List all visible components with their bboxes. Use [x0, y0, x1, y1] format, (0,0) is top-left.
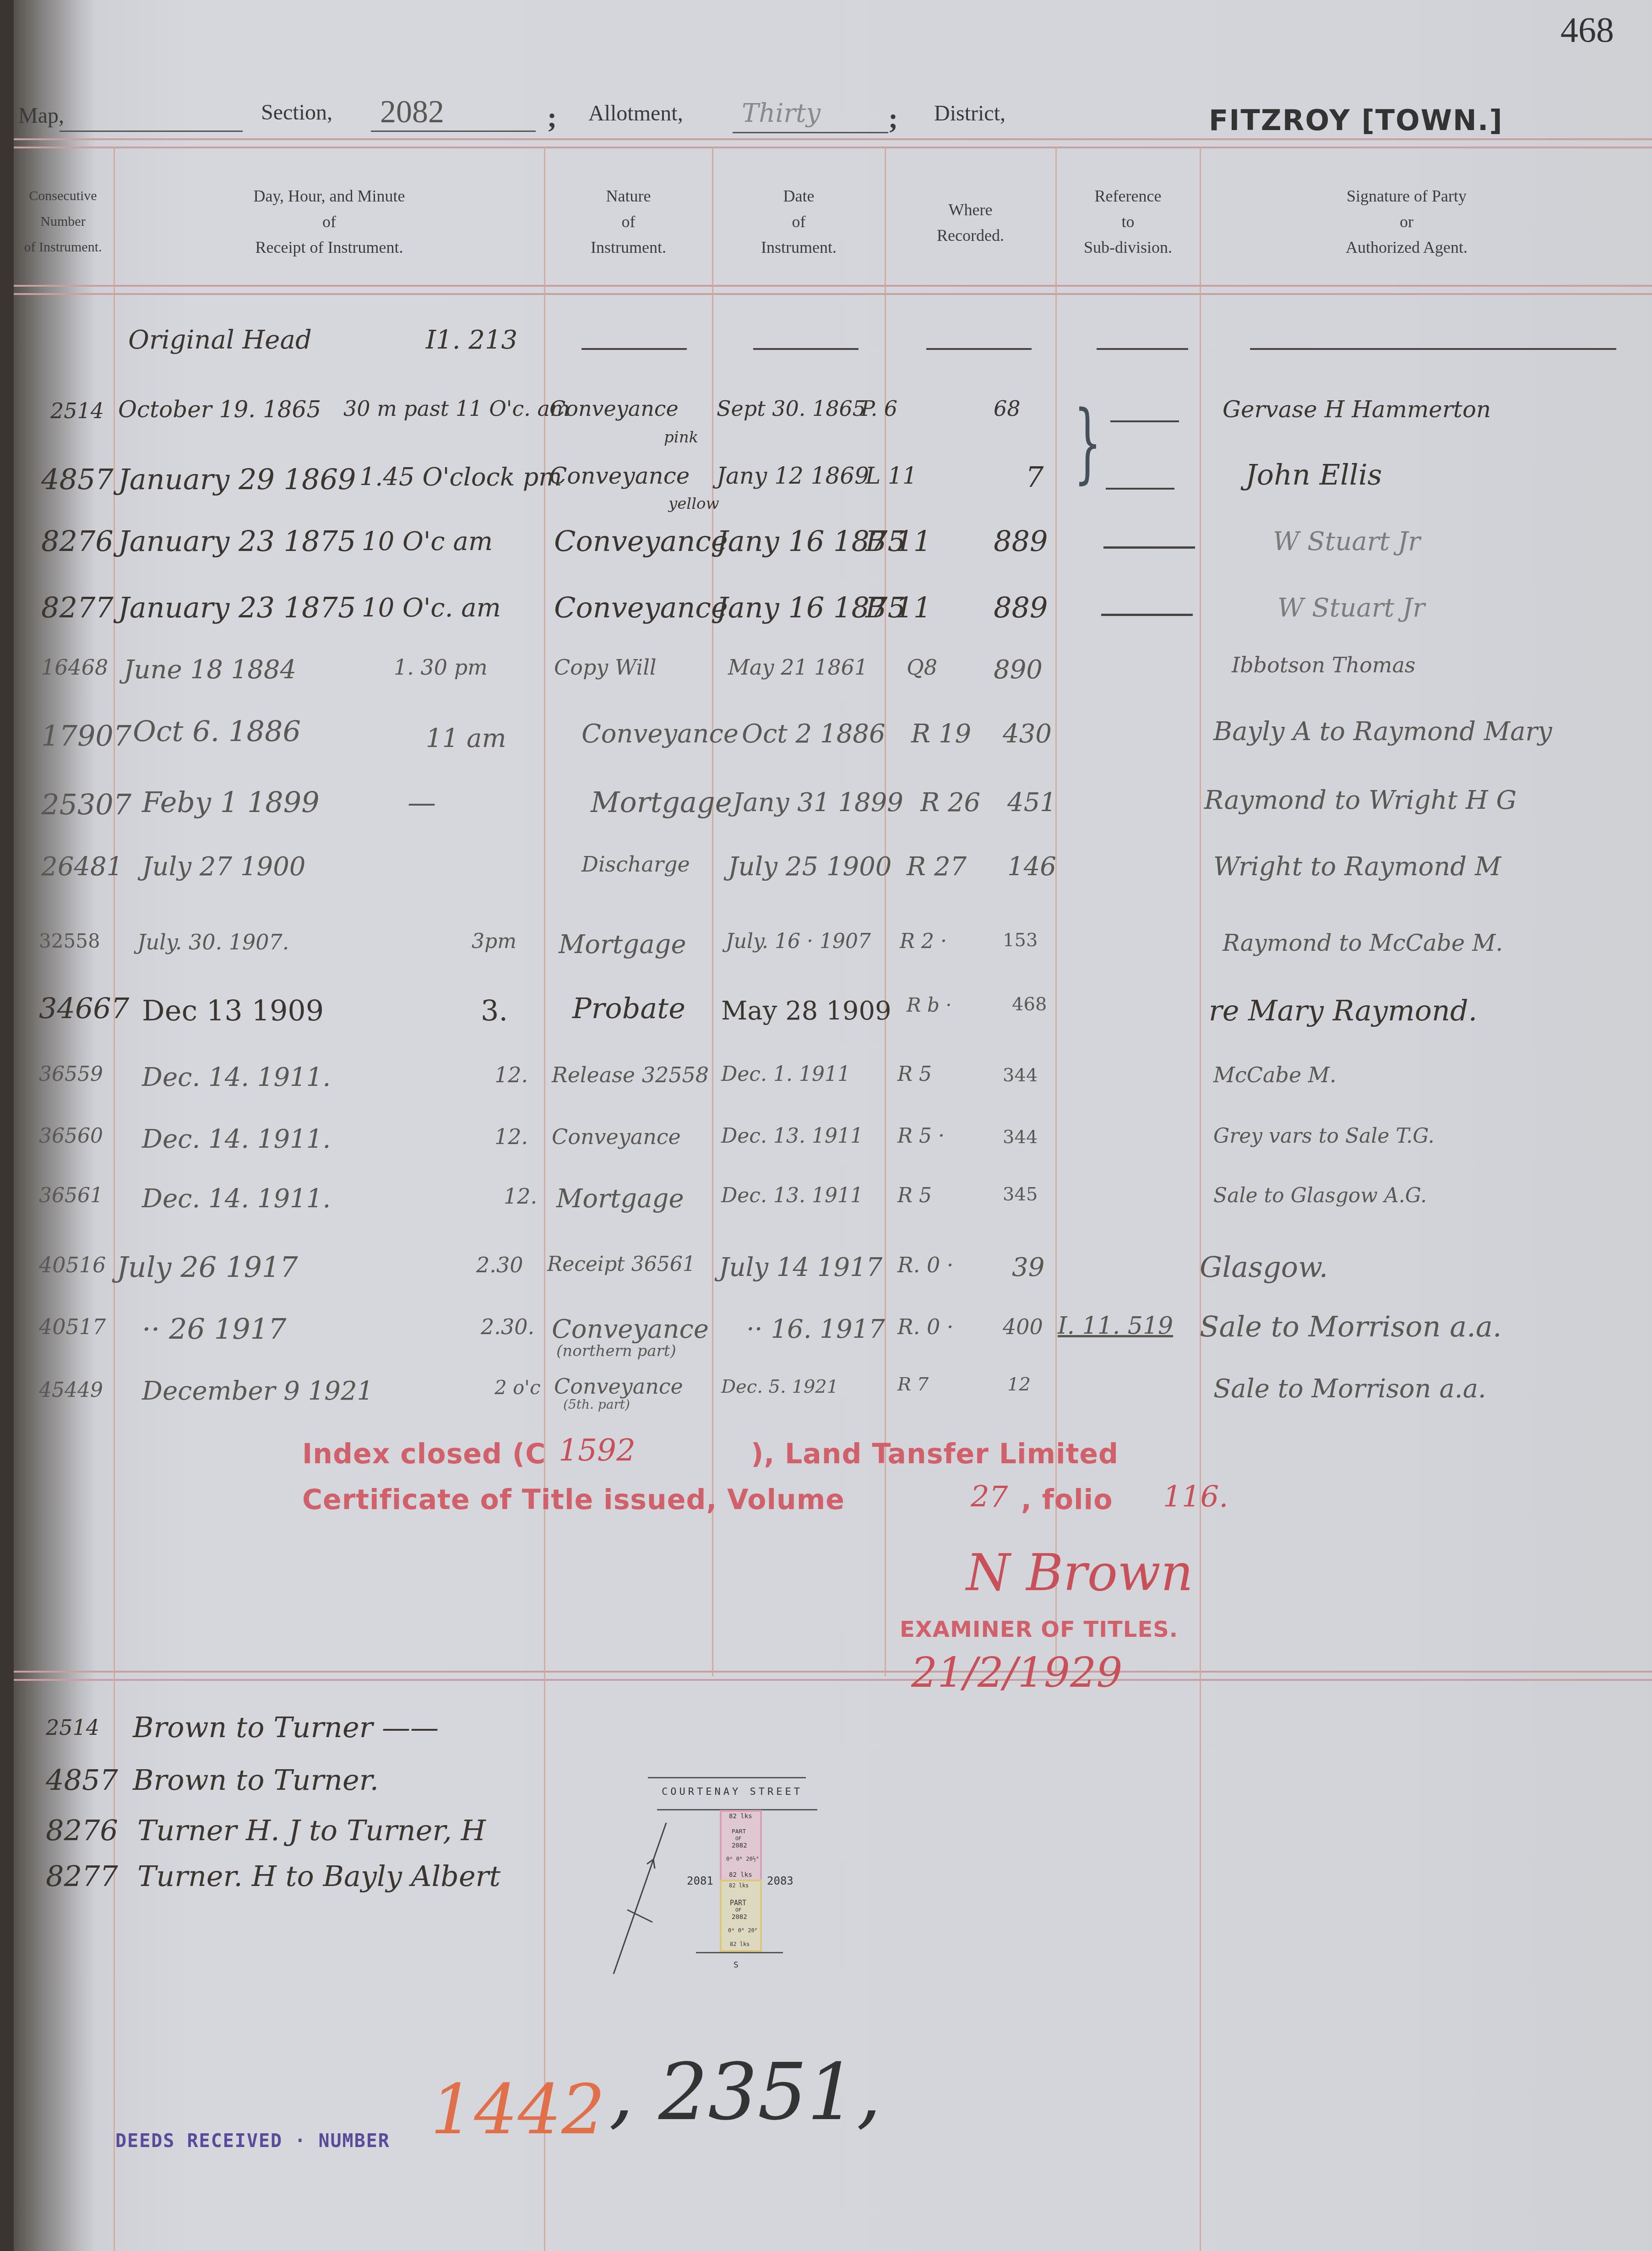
entry-where: B 11 — [865, 524, 931, 558]
entry-number: 8276 — [41, 524, 114, 558]
original-heading-ref: I1. 213 — [426, 325, 517, 355]
entry-date: Sept 30. 1865 — [717, 396, 866, 421]
entry-received: July 26 1917 — [117, 1250, 298, 1284]
south-marker: S — [734, 1960, 739, 1970]
entry-nature: Conveyance — [554, 1374, 683, 1399]
entry-party: Sale to Morrison a.a. — [1213, 1374, 1486, 1404]
entry-where: R 2 · — [900, 930, 947, 953]
entry-where: R 19 — [911, 719, 971, 749]
entry-note: yellow — [668, 495, 719, 513]
entry-received: ·· 26 1917 — [142, 1312, 287, 1346]
entry-number: 36559 — [39, 1063, 103, 1086]
entry-received: Dec 13 1909 — [142, 994, 324, 1027]
memorial-number: 2514 — [46, 1715, 99, 1740]
district-value: FITZROY [TOWN.] — [1209, 104, 1503, 137]
entry-date: Oct 2 1886 — [742, 719, 886, 749]
entry-where: B 11 — [865, 591, 931, 624]
page-number: 468 — [1560, 9, 1614, 50]
entry-folio: 345 — [1003, 1184, 1038, 1205]
entry-number: 40516 — [39, 1253, 106, 1277]
stamp-line2-prefix: Certificate of Title issued, Volume — [302, 1484, 845, 1516]
entry-received: Oct 6. 1886 — [133, 714, 301, 748]
entry-party: W Stuart Jr — [1277, 593, 1425, 623]
entry-time: 12. — [504, 1184, 537, 1209]
adjacent-section-right: 2083 — [767, 1875, 793, 1887]
entry-party: re Mary Raymond. — [1209, 994, 1477, 1027]
entry-folio: 430 — [1003, 719, 1052, 749]
allotment-label: Allotment, — [588, 101, 683, 126]
entry-where: R 5 — [897, 1063, 932, 1086]
entry-time: 3pm — [472, 930, 516, 953]
entry-nature: Copy Will — [554, 655, 657, 680]
entry-number: 36560 — [39, 1124, 103, 1148]
entry-party: Bayly A to Raymond Mary — [1213, 717, 1552, 747]
entry-where: R 5 · — [897, 1124, 945, 1148]
stamp-volume: 27 — [971, 1480, 1008, 1514]
entry-time: 11 am — [426, 724, 506, 753]
entry-folio: 468 — [1012, 994, 1047, 1015]
entry-note: pink — [664, 428, 698, 447]
map-label: Map, — [18, 103, 64, 128]
entry-folio: 400 — [1003, 1314, 1043, 1339]
memorial-text: Brown to Turner. — [133, 1763, 379, 1797]
header-rule — [14, 138, 1652, 148]
entry-where: P. 6 — [861, 396, 897, 421]
entry-number: 2514 — [50, 398, 104, 423]
entry-time: 12. — [495, 1124, 528, 1149]
lot-top: 82 lks PART OF 2082 0ᴬ 0ᴿ 20½ᴾ 82 lks — [720, 1810, 762, 1883]
entry-time: 10 O'c am — [362, 527, 493, 556]
section-label: Section, — [261, 100, 332, 125]
entry-nature: Conveyance — [549, 396, 679, 421]
stamp-c-number: 1592 — [559, 1433, 636, 1468]
entry-date: May 21 1861 — [728, 655, 868, 680]
original-heading-label: Original Head — [128, 325, 312, 355]
rear-boundary-line — [696, 1952, 783, 1953]
entry-time: 2.30 — [476, 1253, 523, 1277]
memorial-text: Turner. H to Bayly Albert — [137, 1859, 500, 1893]
entry-received: October 19. 1865 — [118, 396, 321, 423]
entry-number: 4857 — [41, 463, 114, 496]
entry-party: Ibbotson Thomas — [1232, 653, 1415, 677]
entry-folio: 12 — [1007, 1374, 1031, 1395]
entry-nature: Conveyance — [554, 591, 728, 624]
entry-date: Jany 12 1869 — [717, 463, 869, 489]
entry-party: Wright to Raymond M — [1213, 852, 1501, 882]
memorial-number: 8277 — [46, 1859, 118, 1893]
entry-nature: Conveyance — [552, 1124, 681, 1149]
memorial-number: 8276 — [46, 1814, 118, 1847]
memorial-text: Turner H. J to Turner, H — [137, 1814, 486, 1847]
district-label: District, — [934, 101, 1005, 126]
entry-where: R 27 — [907, 852, 967, 882]
entry-party: McCabe M. — [1213, 1063, 1337, 1087]
street-line — [648, 1777, 806, 1778]
col-header-receipt: Day, Hour, and MinuteofReceipt of Instru… — [114, 183, 544, 260]
stamp-line2-mid: , folio — [1021, 1484, 1113, 1516]
entry-nature: Mortgage — [559, 930, 686, 959]
entry-number: 45449 — [39, 1379, 103, 1402]
entry-nature: Release 32558 — [552, 1063, 709, 1087]
entry-nature: Conveyance — [549, 463, 690, 489]
examiner-date: 21/2/1929 — [911, 1649, 1122, 1697]
entry-received: January 23 1875 — [118, 524, 356, 558]
entry-date: Dec. 5. 1921 — [721, 1376, 838, 1397]
entry-time: 12. — [495, 1063, 528, 1087]
adjacent-section-left: 2081 — [687, 1875, 713, 1887]
street-label: COURTENAY STREET — [662, 1786, 803, 1798]
entry-number: 26481 — [41, 852, 123, 882]
lower-section-rule — [14, 1671, 1652, 1681]
column-rule — [712, 147, 713, 1676]
entry-received: January 29 1869 — [118, 463, 356, 496]
entry-folio: 39 — [1012, 1253, 1044, 1282]
north-arrow-icon — [611, 1820, 671, 1976]
map-field-line — [60, 131, 243, 132]
entry-folio: 889 — [994, 591, 1048, 624]
entry-where: L 11 — [865, 463, 917, 489]
entry-note: (northern part) — [556, 1342, 676, 1360]
entry-time: 30 m past 11 O'c. am — [343, 396, 570, 421]
entry-where: R 26 — [920, 788, 980, 818]
entry-nature: Conveyance — [554, 524, 728, 558]
col-header-signature: Signature of PartyorAuthorized Agent. — [1201, 183, 1613, 260]
entry-party: Glasgow. — [1200, 1250, 1328, 1284]
entry-party: Gervase H Hammerton — [1223, 396, 1491, 423]
stamp-line1-prefix: Index closed (C — [302, 1438, 546, 1470]
memorial-number: 4857 — [46, 1763, 118, 1797]
allotment-field-line — [733, 132, 888, 133]
entry-date: July 25 1900 — [728, 852, 891, 882]
ledger-page: 468 Map, Section, 2082 ; Allotment, Thir… — [14, 0, 1652, 2251]
entry-folio: 451 — [1007, 788, 1056, 818]
col-header-reference: ReferencetoSub-division. — [1056, 183, 1200, 260]
stamp-folio: 116. — [1163, 1480, 1228, 1514]
entry-folio: 68 — [994, 396, 1021, 421]
entry-nature: Receipt 36561 — [547, 1253, 696, 1276]
entry-party: Sale to Morrison a.a. — [1200, 1310, 1502, 1343]
entry-received: July. 30. 1907. — [137, 930, 289, 954]
entry-number: 16468 — [41, 655, 108, 680]
entry-folio: 344 — [1003, 1065, 1038, 1086]
entry-date: Dec. 1. 1911 — [721, 1063, 850, 1086]
examiner-of-titles-label: EXAMINER OF TITLES. — [900, 1617, 1178, 1642]
entry-folio: 153 — [1003, 930, 1038, 951]
entry-folio: 889 — [994, 524, 1048, 558]
entry-received: Feby 1 1899 — [142, 785, 320, 819]
entry-number: 40517 — [39, 1314, 106, 1339]
entry-received: Dec. 14. 1911. — [142, 1124, 331, 1154]
entry-received: December 9 1921 — [142, 1376, 373, 1406]
allotment-value: Thirty — [742, 98, 821, 128]
entry-number: 36561 — [39, 1184, 103, 1207]
entry-date: July. 16 · 1907 — [726, 930, 871, 953]
entry-where: R 7 — [897, 1374, 929, 1395]
entry-date: Jany 31 1899 — [733, 788, 903, 818]
examiner-signature: N Brown — [966, 1543, 1193, 1602]
entry-where: R b · — [907, 994, 952, 1016]
entry-received: July 27 1900 — [142, 852, 305, 882]
stamp-line1-suffix: ), Land Tansfer Limited — [751, 1438, 1119, 1470]
entry-nature: Conveyance — [581, 719, 739, 749]
entry-received: January 23 1875 — [118, 591, 356, 624]
entry-nature: Mortgage — [556, 1184, 684, 1214]
deeds-received-red-number: 1442 — [430, 2070, 605, 2150]
entry-party: Raymond to McCabe M. — [1223, 930, 1503, 956]
entry-subdivision: I. 11. 519 — [1058, 1312, 1173, 1340]
entry-time: 10 O'c. am — [362, 593, 501, 623]
entry-time: 2.30. — [481, 1314, 534, 1339]
deeds-received-number: , 2351, — [609, 2047, 881, 2138]
section-value: 2082 — [380, 94, 444, 131]
column-header-rule — [14, 285, 1652, 295]
col-header-date: DateofInstrument. — [713, 183, 885, 260]
entry-nature: Conveyance — [552, 1314, 709, 1344]
bracket-icon: } — [1074, 392, 1101, 493]
entry-nature: Discharge — [581, 852, 690, 877]
entry-where: Q8 — [907, 655, 937, 680]
entry-where: R 5 — [897, 1184, 932, 1207]
col-header-number: ConsecutiveNumberof Instrument. — [14, 183, 112, 260]
entry-where: R. 0 · — [897, 1253, 953, 1277]
memorial-text: Brown to Turner —— — [133, 1711, 439, 1744]
col-header-nature: NatureofInstrument. — [545, 183, 712, 260]
entry-folio: 890 — [994, 655, 1043, 685]
col-header-where: WhereRecorded. — [886, 197, 1055, 248]
entry-party: W Stuart Jr — [1273, 527, 1420, 556]
deeds-received-stamp: DEEDS RECEIVED · NUMBER — [115, 2131, 390, 2152]
entry-date: Dec. 13. 1911 — [721, 1124, 863, 1148]
entry-number: 8277 — [41, 591, 114, 624]
entry-time: — — [408, 785, 436, 819]
entry-time: 2 o'c — [495, 1376, 540, 1399]
entry-received: Dec. 14. 1911. — [142, 1184, 331, 1214]
entry-note: (5th. part) — [563, 1397, 630, 1412]
entry-number: 32558 — [39, 930, 100, 952]
entry-date: May 28 1909 — [721, 996, 891, 1026]
lot-bottom: 82 lks PART OF 2082 0ᴬ 0ᴿ 20ᴾ 82 lks — [720, 1880, 762, 1952]
entry-number: 25307 — [41, 788, 131, 821]
entry-where: R. 0 · — [897, 1314, 953, 1339]
entry-nature: Mortgage — [591, 785, 732, 819]
entry-party: Grey vars to Sale T.G. — [1213, 1124, 1435, 1148]
entry-folio: 7 — [1026, 460, 1043, 494]
entry-time: 1.45 O'clock pm — [359, 463, 562, 491]
entry-party: Raymond to Wright H G — [1204, 785, 1516, 815]
entry-party: John Ellis — [1245, 458, 1382, 491]
entry-time: 1. 30 pm — [394, 655, 488, 680]
entry-folio: 146 — [1007, 852, 1056, 882]
entry-folio: 344 — [1003, 1127, 1038, 1148]
entry-nature: Probate — [572, 992, 685, 1025]
entry-number: 34667 — [39, 992, 129, 1025]
entry-received: June 18 1884 — [124, 655, 296, 685]
entry-date: ·· 16. 1917 — [746, 1314, 885, 1344]
entry-time: 3. — [481, 994, 508, 1027]
entry-received: Dec. 14. 1911. — [142, 1063, 331, 1092]
entry-date: Dec. 13. 1911 — [721, 1184, 863, 1207]
entry-date: July 14 1917 — [719, 1253, 882, 1282]
column-rule — [1200, 147, 1201, 2251]
section-field-line — [371, 131, 536, 132]
entry-party: Sale to Glasgow A.G. — [1213, 1184, 1427, 1207]
entry-number: 17907 — [41, 719, 131, 752]
column-rule — [114, 147, 115, 2251]
